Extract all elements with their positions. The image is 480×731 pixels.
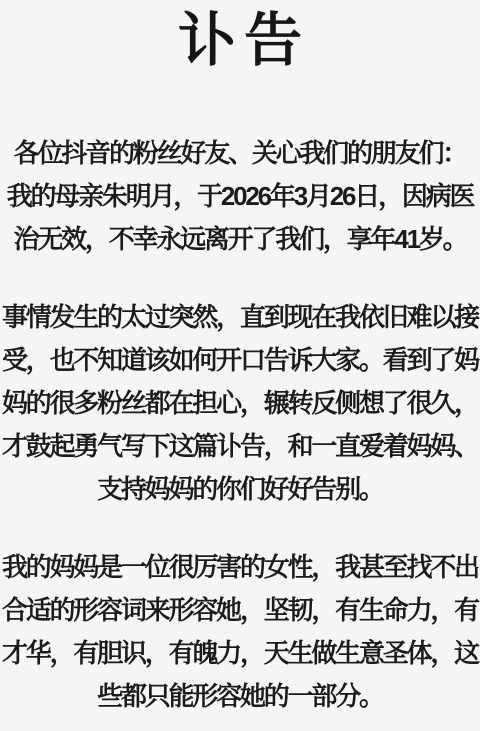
paragraph-opening: 各位抖音的粉丝好友、关心我们的朋友们： 我的母亲朱明月，于2026年3月26日，… xyxy=(0,132,480,261)
text-line: 我的母亲朱明月，于2026年3月26日，因病医 xyxy=(0,175,480,218)
text-line: 才华，有胆识，有魄力，天生做生意圣体，这 xyxy=(0,632,480,675)
text-line: 我的妈妈是一位很厉害的女性，我甚至找不出 xyxy=(0,546,480,589)
paragraph-middle: 事情发生的太过突然，直到现在我依旧难以接 受，也不知道该如何开口告诉大家。看到了… xyxy=(0,296,480,511)
obituary-title: 讣告 xyxy=(0,6,480,76)
text-line: 支持妈妈的你们好好告别。 xyxy=(0,468,480,511)
text-line: 事情发生的太过突然，直到现在我依旧难以接 xyxy=(0,296,480,339)
paragraph-tribute: 我的妈妈是一位很厉害的女性，我甚至找不出 合适的形容词来形容她，坚韧，有生命力，… xyxy=(0,546,480,718)
text-line: 些都只能形容她的一部分。 xyxy=(0,675,480,718)
text-line: 才鼓起勇气写下这篇讣告，和一直爱着妈妈、 xyxy=(0,425,480,468)
text-line: 合适的形容词来形容她，坚韧，有生命力，有 xyxy=(0,589,480,632)
text-line: 妈的很多粉丝都在担心，辗转反侧想了很久， xyxy=(0,382,480,425)
obituary-page: 讣告 各位抖音的粉丝好友、关心我们的朋友们： 我的母亲朱明月，于2026年3月2… xyxy=(0,6,480,731)
text-line: 治无效，不幸永远离开了我们，享年41岁。 xyxy=(0,218,480,261)
text-line: 受，也不知道该如何开口告诉大家。看到了妈 xyxy=(0,339,480,382)
text-line: 各位抖音的粉丝好友、关心我们的朋友们： xyxy=(0,132,480,175)
